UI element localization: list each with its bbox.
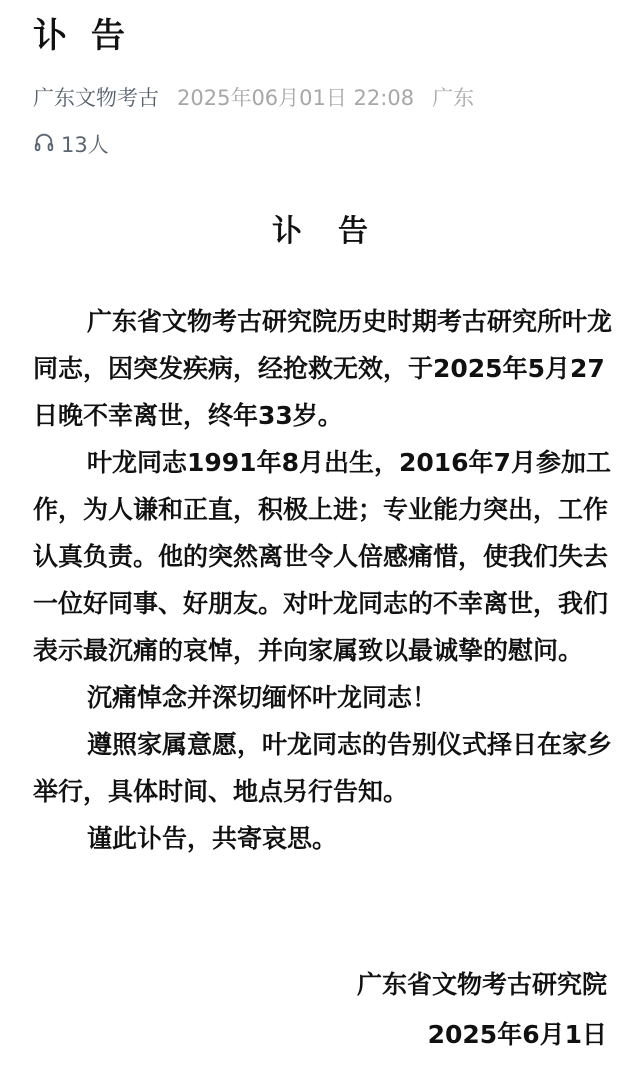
publish-date: 2025年06月01日 22:08	[177, 82, 414, 112]
signature-date: 2025年6月1日	[357, 1010, 607, 1060]
listen-button[interactable]: 13人	[33, 130, 109, 158]
notice-heading-char-2: 告	[338, 214, 368, 249]
signature-organization: 广东省文物考古研究院	[357, 960, 607, 1010]
publish-location: 广东	[432, 82, 474, 112]
signature: 广东省文物考古研究院 2025年6月1日	[357, 960, 607, 1060]
article-meta: 广东文物考古 2025年06月01日 22:08 广东	[33, 82, 474, 112]
paragraph-biography: 叶龙同志1991年8月出生，2016年7月参加工作，为人谦和正直，积极上进；专业…	[33, 439, 613, 674]
account-name-link[interactable]: 广东文物考古	[33, 82, 159, 112]
paragraph-ceremony: 遵照家属意愿，叶龙同志的告别仪式择日在家乡举行，具体时间、地点另行告知。	[33, 721, 613, 815]
notice-heading-char-1: 讣	[272, 214, 302, 249]
paragraph-mourning: 沉痛悼念并深切缅怀叶龙同志！	[33, 674, 613, 721]
headphones-icon	[33, 131, 61, 158]
listener-count: 13人	[61, 129, 109, 159]
paragraph-announcement: 广东省文物考古研究院历史时期考古研究所叶龙同志，因突发疾病，经抢救无效，于202…	[33, 298, 613, 439]
notice-body: 广东省文物考古研究院历史时期考古研究所叶龙同志，因突发疾病，经抢救无效，于202…	[33, 298, 613, 862]
notice-heading: 讣告	[0, 210, 640, 254]
article-title: 讣 告	[33, 14, 131, 58]
paragraph-closing: 谨此讣告，共寄哀思。	[33, 815, 613, 862]
